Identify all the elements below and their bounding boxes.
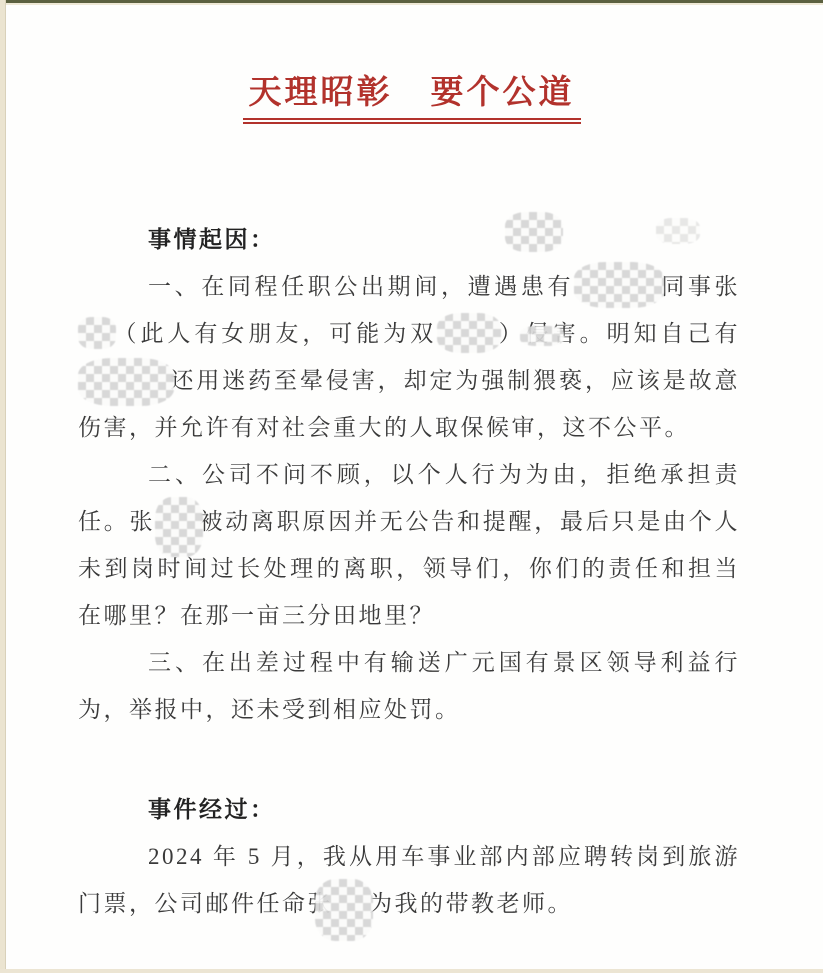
section-heading-events: 事件经过： [78, 786, 740, 833]
paragraph-4: 2024 年 5 月，我从用车事业部内部应聘转岗到旅游门票，公司邮件任命张为我的… [78, 833, 740, 927]
mosaic-redaction [437, 323, 497, 345]
paragraph-2: 二、公司不问不顾，以个人行为为由，拒绝承担责任。张被动离职原因并无公告和提醒，最… [78, 451, 740, 639]
title-part-2: 要个公道 [431, 75, 575, 111]
mosaic-blob [505, 212, 563, 252]
mosaic-redaction [78, 323, 112, 345]
text-run: 还用迷药至晕侵害，却定为强制猥亵，应该是故意伤害，并允许有对社会重大的人取保候审… [78, 368, 740, 440]
text-run: 三、在出差过程中有输送广元国有景区领导利益行为，举报中，还未受到相应处罚。 [78, 650, 740, 722]
text-run: 一、在同程任职公出期间，遭遇患有 [148, 274, 574, 299]
title-row: 天理昭彰要个公道 [0, 66, 823, 124]
text-run: 同事张 [660, 274, 740, 299]
document-title: 天理昭彰要个公道 [243, 66, 581, 124]
mosaic-redaction [155, 511, 199, 533]
photo-bottom-edge [0, 969, 823, 973]
mosaic-blob [656, 218, 700, 244]
mosaic-redaction [333, 893, 369, 915]
photo-left-edge [0, 0, 6, 973]
text-run: 为我的带教老师。 [369, 891, 573, 916]
mosaic-blob [520, 326, 564, 346]
document-body: 事情起因： 一、在同程任职公出期间，遭遇患有同事张（此人有女朋友，可能为双）侵害… [78, 216, 740, 927]
photo-top-edge-highlight [0, 3, 823, 5]
paragraph-1: 一、在同程任职公出期间，遭遇患有同事张（此人有女朋友，可能为双）侵害。明知自己有… [78, 263, 740, 451]
section-heading-cause: 事情起因： [78, 216, 740, 263]
mosaic-redaction [574, 276, 660, 298]
text-run: （此人有女朋友，可能为双 [112, 321, 437, 346]
document-page: 天理昭彰要个公道 事情起因： 一、在同程任职公出期间，遭遇患有同事张（此人有女朋… [0, 0, 823, 973]
title-part-1: 天理昭彰 [249, 75, 393, 111]
paragraph-3: 三、在出差过程中有输送广元国有景区领导利益行为，举报中，还未受到相应处罚。 [78, 639, 740, 733]
mosaic-redaction [78, 370, 170, 392]
